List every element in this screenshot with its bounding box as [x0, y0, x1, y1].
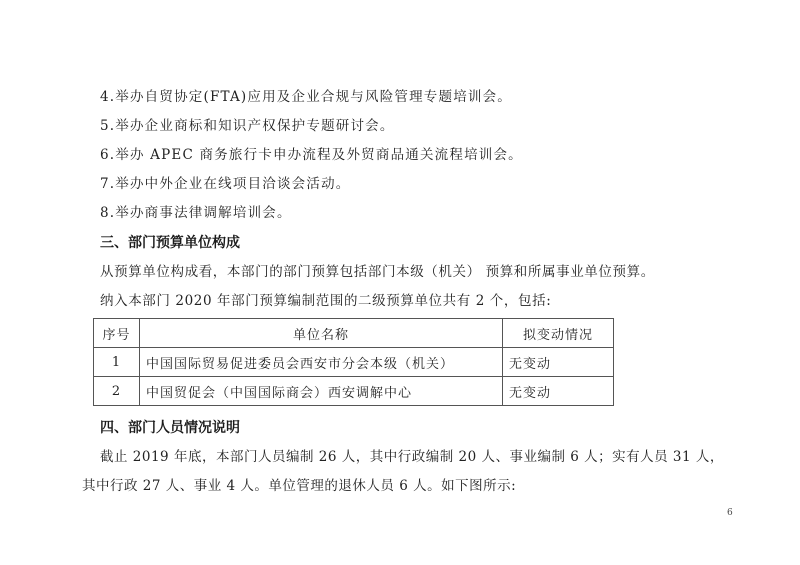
list-item: 4.举办自贸协定(FTA)应用及企业合规与风险管理专题培训会。	[100, 88, 512, 106]
cell-change: 无变动	[503, 348, 614, 377]
cell-seq: 2	[94, 377, 140, 406]
paragraph-line: 截止 2019 年底，本部门人员编制 26 人，其中行政编制 20 人、事业编制…	[100, 448, 724, 466]
list-item: 8.举办商事法律调解培训会。	[100, 204, 292, 222]
table-row: 2 中国贸促会（中国国际商会）西安调解中心 无变动	[94, 377, 614, 406]
page-number: 6	[727, 508, 733, 518]
section-heading: 四、部门人员情况说明	[100, 419, 240, 437]
table-row: 1 中国国际贸易促进委员会西安市分会本级（机关） 无变动	[94, 348, 614, 377]
paragraph-line: 其中行政 27 人、事业 4 人。单位管理的退休人员 6 人。如下图所示:	[82, 477, 516, 495]
list-item: 6.举办 APEC 商务旅行卡申办流程及外贸商品通关流程培训会。	[100, 146, 523, 164]
cell-name: 中国国际贸易促进委员会西安市分会本级（机关）	[140, 348, 503, 377]
table-header-row: 序号 单位名称 拟变动情况	[94, 319, 614, 348]
column-header: 单位名称	[140, 319, 503, 348]
column-header: 拟变动情况	[503, 319, 614, 348]
column-header: 序号	[94, 319, 140, 348]
paragraph: 从预算单位构成看，本部门的部门预算包括部门本级（机关） 预算和所属事业单位预算。	[100, 263, 655, 281]
list-item: 7.举办中外企业在线项目洽谈会活动。	[100, 175, 350, 193]
cell-name: 中国贸促会（中国国际商会）西安调解中心	[140, 377, 503, 406]
list-item: 5.举办企业商标和知识产权保护专题研讨会。	[100, 117, 395, 135]
paragraph: 纳入本部门 2020 年部门预算编制范围的二级预算单位共有 2 个，包括:	[100, 292, 551, 310]
section-heading: 三、部门预算单位构成	[100, 234, 240, 252]
cell-change: 无变动	[503, 377, 614, 406]
budget-units-table: 序号 单位名称 拟变动情况 1 中国国际贸易促进委员会西安市分会本级（机关） 无…	[93, 318, 614, 406]
cell-seq: 1	[94, 348, 140, 377]
